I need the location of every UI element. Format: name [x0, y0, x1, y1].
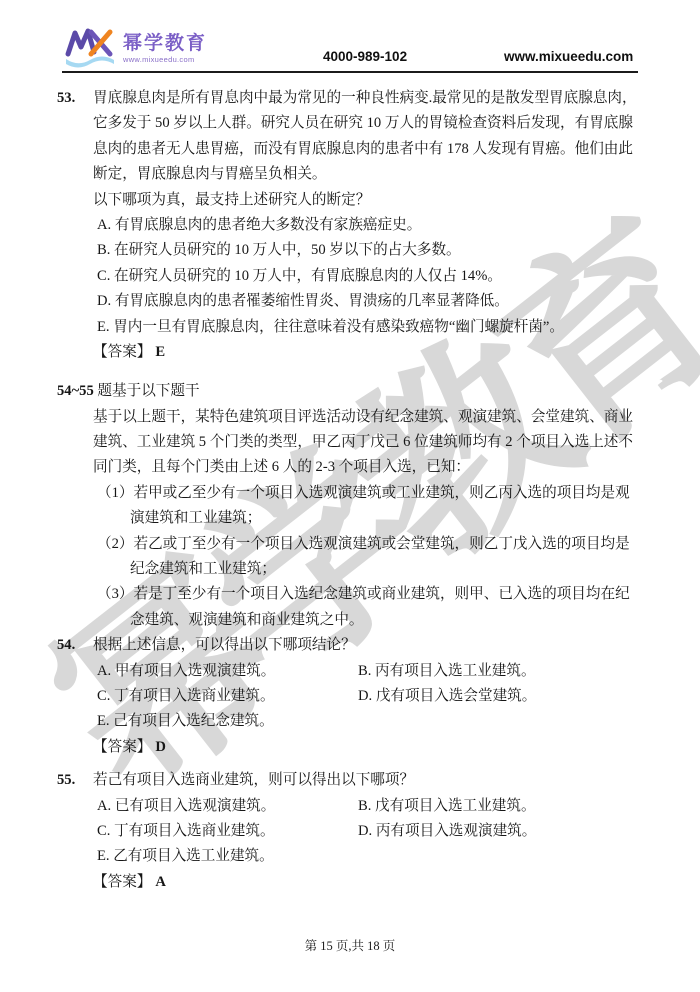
question-54-option-e: E. 己有项目入选纪念建筑。: [0, 709, 700, 734]
question-55-option-b: B. 戊有项目入选工业建筑。: [358, 798, 536, 814]
brand-logo: 幂学教育 www.mixueedu.com: [63, 25, 207, 71]
question-54-options-row-2: C. 丁有项目入选商业建筑。D. 戊有项目入选会堂建筑。: [0, 684, 700, 709]
question-54-options-row-1: A. 甲有项目入选观演建筑。B. 丙有项目入选工业建筑。: [0, 659, 700, 684]
answer-value: D: [151, 739, 166, 755]
document-page: 幂学教育 幂学教育 www.mixueedu.com 4000-989-102 …: [0, 0, 700, 992]
question-54-number: 54.: [57, 633, 93, 658]
spacer: [0, 365, 700, 379]
condition-3-line-2: 念建筑、观演建筑和商业建筑之中。: [0, 608, 700, 633]
stem-line-2: 建筑、工业建筑 5 个门类的类型，甲乙丙丁戊己 6 位建筑师均有 2 个项目入选…: [0, 430, 700, 455]
header-divider: [62, 71, 638, 73]
question-53: 53.胃底腺息肉是所有胃息肉中最为常见的一种良性病变.最常见的是散发型胃底腺息肉…: [0, 86, 700, 365]
mx-logo-graphic: [63, 25, 117, 71]
phone-number: 4000-989-102: [323, 49, 407, 64]
question-53-line-4: 断定，胃底腺息肉与胃癌呈负相关。: [0, 162, 700, 187]
question-53-line-1: 53.胃底腺息肉是所有胃息肉中最为常见的一种良性病变.最常见的是散发型胃底腺息肉…: [0, 86, 700, 111]
brand-url: www.mixueedu.com: [123, 55, 207, 64]
page-header: 幂学教育 www.mixueedu.com 4000-989-102 www.m…: [0, 0, 700, 84]
question-55-option-d: D. 丙有项目入选观演建筑。: [358, 823, 536, 839]
question-55-answer: 【答案】A: [0, 870, 700, 895]
question-53-text: 胃底腺息肉是所有胃息肉中最为常见的一种良性病变.最常见的是散发型胃底腺息肉，: [93, 90, 637, 106]
stem-line-3: 同门类，且每个门类由上述 6 人的 2-3 个项目入选，已知：: [0, 455, 700, 480]
answer-value: E: [151, 344, 165, 360]
question-53-line-2: 它多发于 50 岁以上人群。研究人员在研究 10 万人的胃镜检查资料后发现，有胃…: [0, 111, 700, 136]
answer-label: 【答案】: [93, 874, 151, 890]
brand-name: 幂学教育: [123, 34, 207, 54]
question-53-option-d: D. 有胃底腺息肉的患者罹萎缩性胃炎、胃溃疡的几率显著降低。: [0, 289, 700, 314]
question-54-line: 54.根据上述信息，可以得出以下哪项结论？: [0, 633, 700, 658]
answer-label: 【答案】: [93, 739, 151, 755]
question-55-option-a: A. 已有项目入选观演建筑。: [97, 794, 358, 819]
answer-value: A: [151, 874, 166, 890]
question-54-option-b: B. 丙有项目入选工业建筑。: [358, 663, 536, 679]
question-55-options-row-2: C. 丁有项目入选商业建筑。D. 丙有项目入选观演建筑。: [0, 819, 700, 844]
question-54-option-c: C. 丁有项目入选商业建筑。: [97, 684, 358, 709]
condition-1-line-1: （1）若甲或乙至少有一个项目入选观演建筑或工业建筑，则乙丙入选的项目均是观: [0, 481, 700, 506]
question-53-option-e: E. 胃内一旦有胃底腺息肉，往往意味着没有感染致癌物“幽门螺旋杆菌”。: [0, 315, 700, 340]
question-54-option-d: D. 戊有项目入选会堂建筑。: [358, 688, 536, 704]
stem-54-55: 54~55 题基于以下题干 基于以上题干，某特色建筑项目评选活动设有纪念建筑、观…: [0, 379, 700, 633]
question-55-text: 若己有项目入选商业建筑，则可以得出以下哪项？: [93, 772, 414, 788]
question-54: 54.根据上述信息，可以得出以下哪项结论？ A. 甲有项目入选观演建筑。B. 丙…: [0, 633, 700, 760]
spacer: [0, 760, 700, 768]
condition-2-line-2: 纪念建筑和工业建筑；: [0, 557, 700, 582]
answer-label: 【答案】: [93, 344, 151, 360]
page-content: 53.胃底腺息肉是所有胃息肉中最为常见的一种良性病变.最常见的是散发型胃底腺息肉…: [0, 86, 700, 895]
brand-text-block: 幂学教育 www.mixueedu.com: [123, 25, 207, 64]
website-url: www.mixueedu.com: [504, 49, 633, 64]
question-53-prompt: 以下哪项为真，最支持上述研究人的断定？: [0, 188, 700, 213]
condition-1-line-2: 演建筑和工业建筑；: [0, 506, 700, 531]
condition-3-line-1: （3）若是丁至少有一个项目入选纪念建筑或商业建筑，则甲、已入选的项目均在纪: [0, 582, 700, 607]
question-55-line: 55.若己有项目入选商业建筑，则可以得出以下哪项？: [0, 768, 700, 793]
page-number: 第 15 页,共 18 页: [0, 936, 700, 954]
stem-heading-text: 题基于以下题干: [94, 383, 200, 399]
question-55-number: 55.: [57, 768, 93, 793]
question-53-option-c: C. 在研究人员研究的 10 万人中，有胃底腺息肉的人仅占 14%。: [0, 264, 700, 289]
question-55-option-c: C. 丁有项目入选商业建筑。: [97, 819, 358, 844]
question-53-number: 53.: [57, 86, 93, 111]
question-55: 55.若己有项目入选商业建筑，则可以得出以下哪项？ A. 已有项目入选观演建筑。…: [0, 768, 700, 895]
condition-2-line-1: （2）若乙或丁至少有一个项目入选观演建筑或会堂建筑，则乙丁戊入选的项目均是: [0, 532, 700, 557]
question-55-option-e: E. 乙有项目入选工业建筑。: [0, 844, 700, 869]
mx-logo-icon: [63, 25, 117, 71]
stem-heading: 54~55 题基于以下题干: [0, 379, 700, 404]
question-53-line-3: 息肉的患者无人患胃癌，而没有胃底腺息肉的患者中有 178 人发现有胃癌。他们由此: [0, 137, 700, 162]
question-55-options-row-1: A. 已有项目入选观演建筑。B. 戊有项目入选工业建筑。: [0, 794, 700, 819]
stem-line-1: 基于以上题干，某特色建筑项目评选活动设有纪念建筑、观演建筑、会堂建筑、商业: [0, 405, 700, 430]
question-53-answer: 【答案】E: [0, 340, 700, 365]
question-54-option-a: A. 甲有项目入选观演建筑。: [97, 659, 358, 684]
stem-heading-number: 54~55: [57, 383, 94, 399]
question-53-option-a: A. 有胃底腺息肉的患者绝大多数没有家族癌症史。: [0, 213, 700, 238]
question-54-text: 根据上述信息，可以得出以下哪项结论？: [93, 637, 356, 653]
question-54-answer: 【答案】D: [0, 735, 700, 760]
question-53-option-b: B. 在研究人员研究的 10 万人中，50 岁以下的占大多数。: [0, 238, 700, 263]
